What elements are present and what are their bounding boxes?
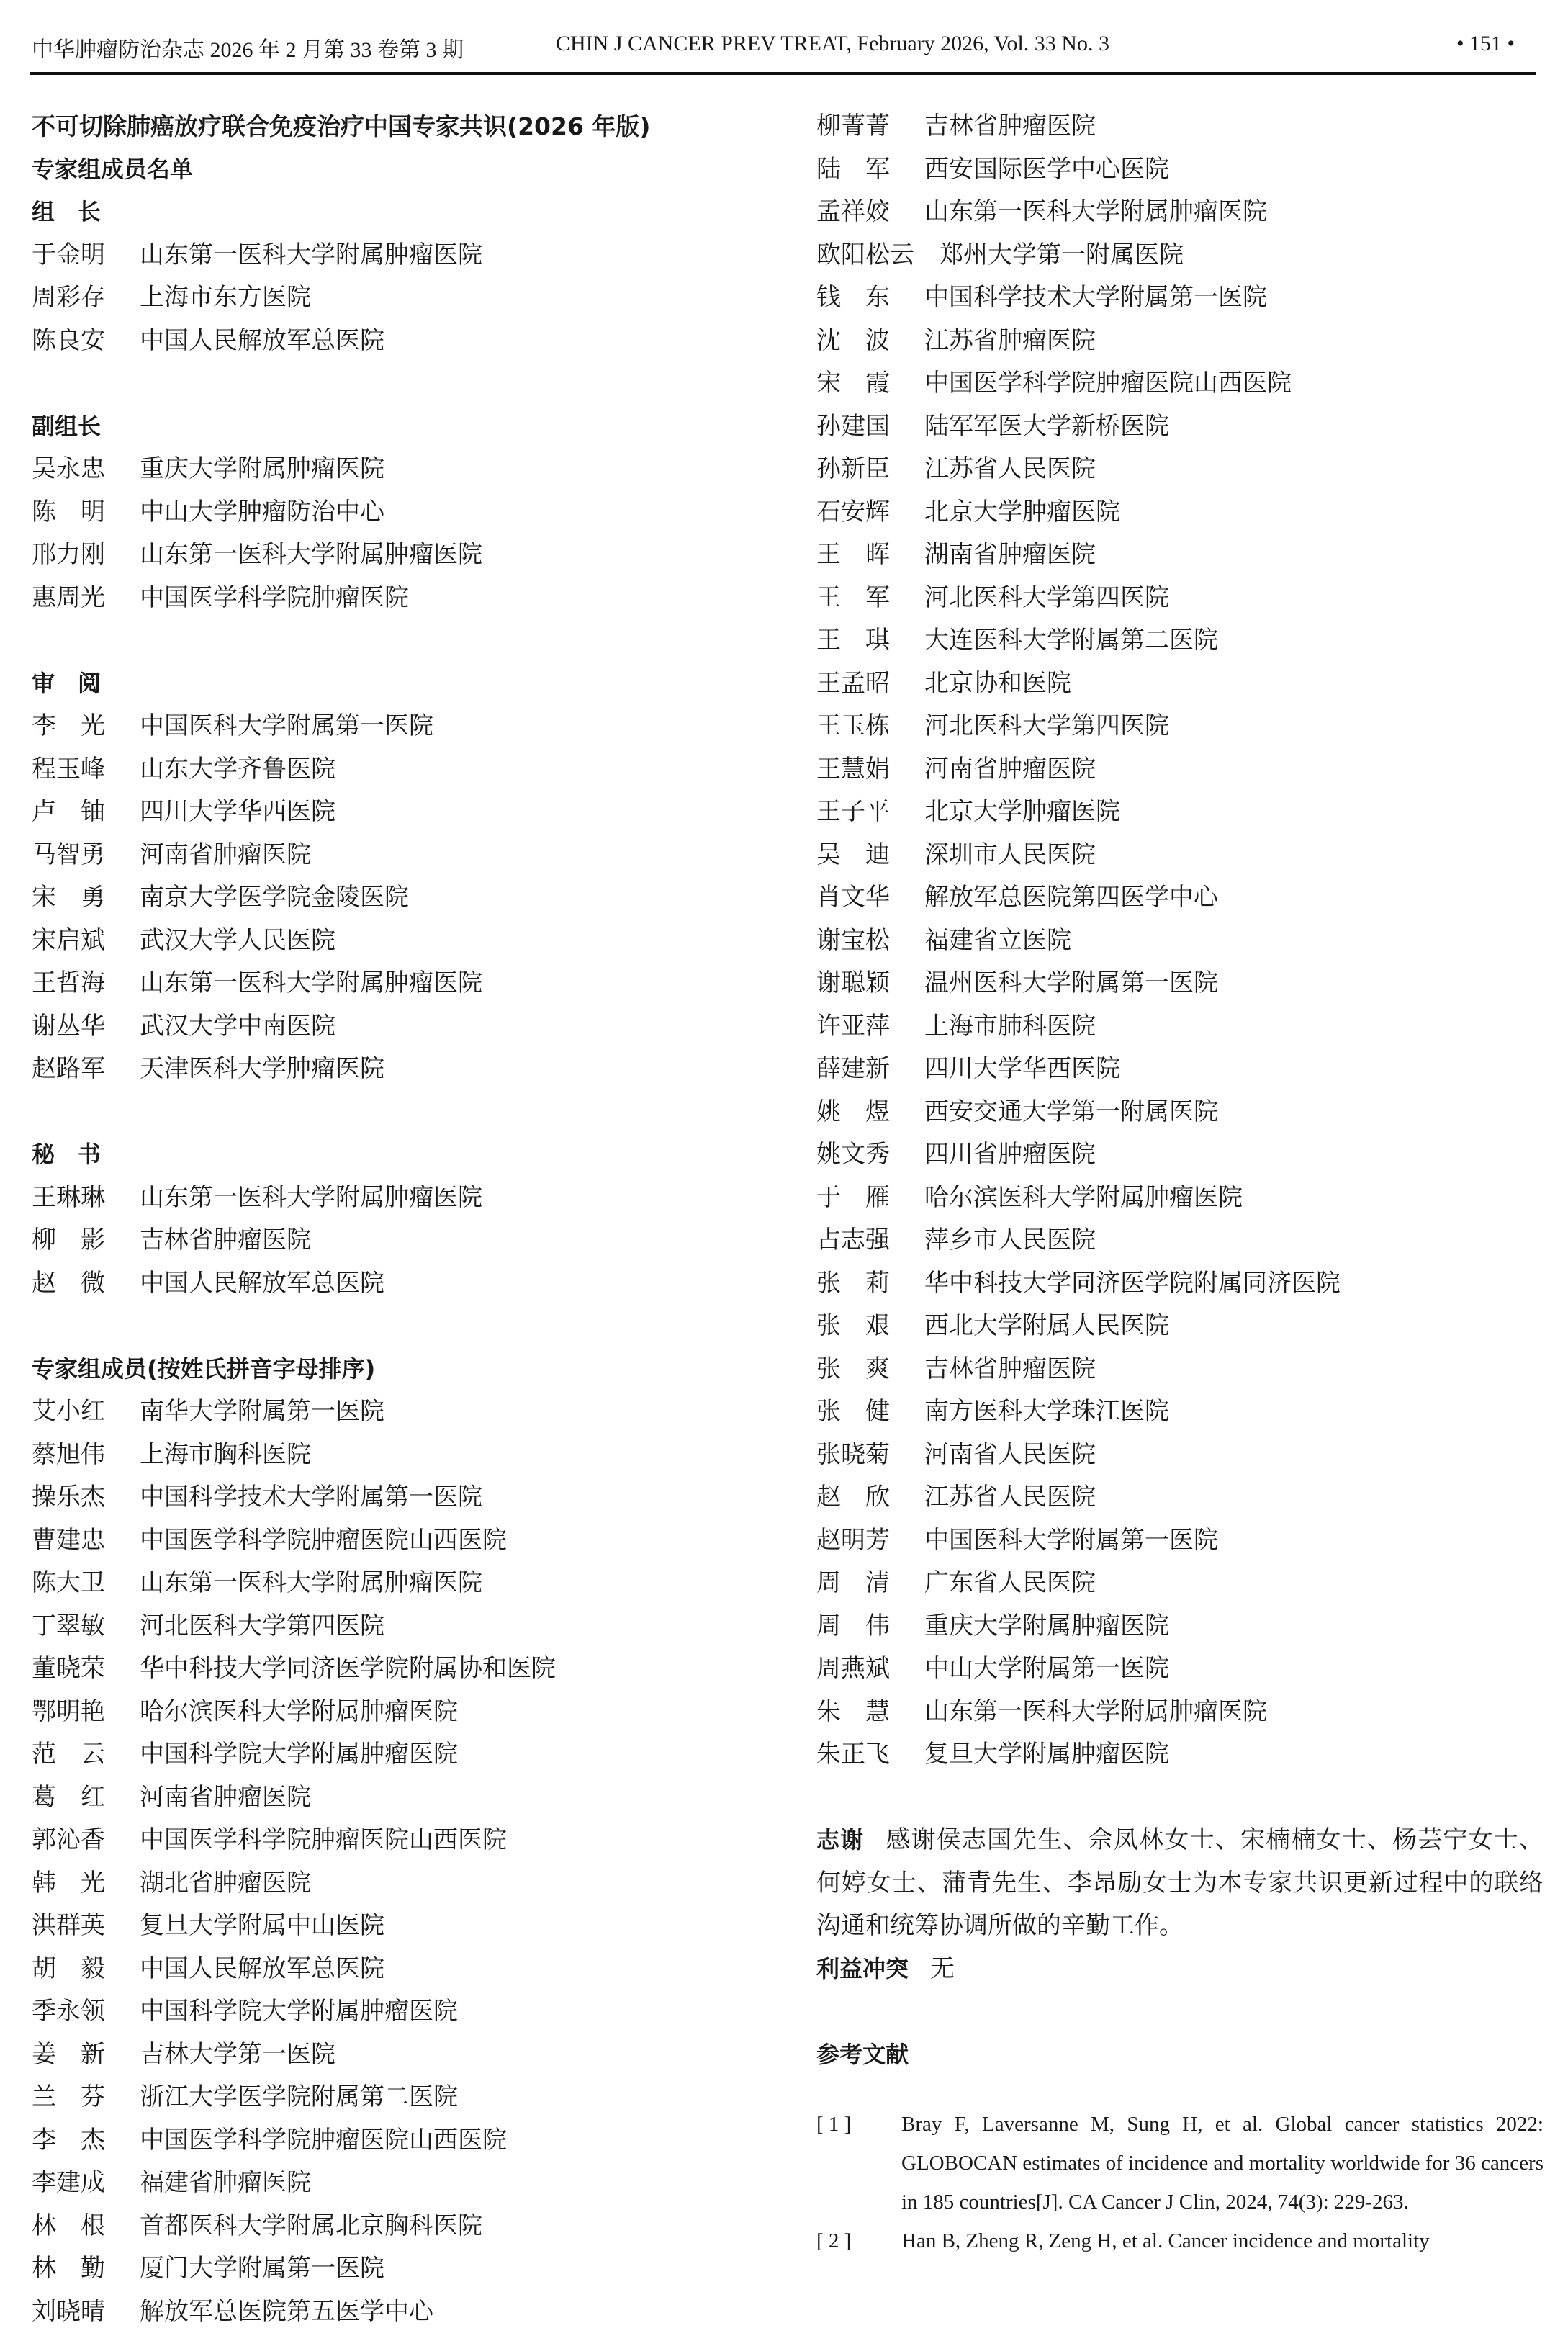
member-institution: 湖北省肿瘤医院 — [140, 1862, 311, 1905]
member-name: 艾小红 — [32, 1390, 140, 1434]
member-institution: 天津医科大学肿瘤医院 — [140, 1048, 384, 1091]
member-name: 许亚萍 — [816, 1005, 924, 1048]
member-institution: 武汉大学中南医院 — [140, 1005, 335, 1048]
member-name: 石安辉 — [816, 491, 924, 534]
member-row: 郭沁香中国医学科学院肿瘤医院山西医院 — [32, 1819, 759, 1862]
member-institution: 重庆大学附属肿瘤医院 — [924, 1605, 1169, 1648]
member-name: 谢宝松 — [816, 920, 924, 963]
acknowledgement: 志谢感谢侯志国先生、佘凤林女士、宋楠楠女士、杨芸宁女士、何婷女士、蒲青先生、李昂… — [816, 1819, 1544, 1948]
member-row: 占志强萍乡市人民医院 — [816, 1219, 1544, 1262]
member-row: 王玉栋河北医科大学第四医院 — [816, 705, 1544, 748]
member-name: 赵 欣 — [816, 1476, 924, 1519]
member-row: 朱 慧山东第一医科大学附属肿瘤医院 — [816, 1691, 1544, 1734]
member-row: 范 云中国科学院大学附属肿瘤医院 — [32, 1733, 759, 1776]
member-name: 张 艰 — [816, 1305, 924, 1348]
member-row: 张 爽吉林省肿瘤医院 — [816, 1348, 1544, 1391]
leaders-list: 于金明山东第一医科大学附属肿瘤医院周彩存上海市东方医院陈良安中国人民解放军总医院 — [32, 234, 759, 363]
member-institution: 华中科技大学同济医学院附属协和医院 — [140, 1648, 556, 1691]
member-name: 沈 波 — [816, 320, 924, 363]
member-name: 姚文秀 — [816, 1133, 924, 1177]
member-row: 惠周光中国医学科学院肿瘤医院 — [32, 577, 759, 620]
member-name: 于 雁 — [816, 1177, 924, 1220]
member-row: 欧阳松云郑州大学第一附属医院 — [816, 234, 1544, 277]
member-row: 邢力刚山东第一医科大学附属肿瘤医院 — [32, 534, 759, 577]
member-name: 朱 慧 — [816, 1691, 924, 1734]
member-name: 王琳琳 — [32, 1177, 140, 1220]
member-row: 谢聪颖温州医科大学附属第一医院 — [816, 962, 1544, 1005]
member-name: 孙建国 — [816, 405, 924, 449]
journal-title-cn: 中华肿瘤防治杂志 2026 年 2 月第 33 卷第 3 期 — [32, 32, 464, 63]
member-row: 宋 霞中国医学科学院肿瘤医院山西医院 — [816, 362, 1544, 405]
member-name: 王子平 — [816, 791, 924, 834]
member-institution: 山东大学齐鲁医院 — [140, 748, 335, 791]
section-heading-experts: 专家组成员(按姓氏拼音字母排序) — [32, 1348, 759, 1391]
member-name: 张晓菊 — [816, 1434, 924, 1477]
member-row: 谢丛华武汉大学中南医院 — [32, 1005, 759, 1048]
member-name: 谢丛华 — [32, 1005, 140, 1048]
member-name: 赵 微 — [32, 1262, 140, 1306]
member-name: 宋启斌 — [32, 920, 140, 963]
member-name: 陈大卫 — [32, 1562, 140, 1605]
member-institution: 深圳市人民医院 — [924, 834, 1096, 877]
member-row: 沈 波江苏省肿瘤医院 — [816, 320, 1544, 363]
member-institution: 吉林省肿瘤医院 — [924, 1348, 1096, 1391]
spacer — [32, 1305, 759, 1348]
member-name: 吴 迪 — [816, 834, 924, 877]
member-institution: 四川大学华西医院 — [924, 1048, 1120, 1091]
member-row: 王 晖湖南省肿瘤医院 — [816, 534, 1544, 577]
acknowledgement-label: 志谢 — [816, 1826, 864, 1854]
member-row: 姜 新吉林大学第一医院 — [32, 2034, 759, 2077]
member-institution: 武汉大学人民医院 — [140, 920, 335, 963]
member-institution: 山东第一医科大学附属肿瘤医院 — [140, 1177, 482, 1220]
member-institution: 萍乡市人民医院 — [924, 1219, 1096, 1262]
member-row: 孙新臣江苏省人民医院 — [816, 448, 1544, 491]
member-name: 柳菁菁 — [816, 105, 924, 148]
member-institution: 中国科学院大学附属肿瘤医院 — [140, 1990, 458, 2034]
member-row: 姚 煜西安交通大学第一附属医院 — [816, 1091, 1544, 1134]
reference-number: [ 1 ] — [816, 2105, 901, 2221]
member-row: 姚文秀四川省肿瘤医院 — [816, 1133, 1544, 1177]
member-institution: 广东省人民医院 — [924, 1562, 1096, 1605]
section-heading-leaders: 组 长 — [32, 191, 759, 234]
member-institution: 中国医科大学附属第一医院 — [140, 705, 433, 748]
member-row: 孟祥姣山东第一医科大学附属肿瘤医院 — [816, 191, 1544, 234]
member-name: 董晓荣 — [32, 1648, 140, 1691]
member-institution: 山东第一医科大学附属肿瘤医院 — [924, 191, 1267, 234]
member-name: 马智勇 — [32, 834, 140, 877]
member-name: 林 勤 — [32, 2247, 140, 2291]
member-institution: 重庆大学附属肿瘤医院 — [140, 448, 384, 491]
experts-list-left: 艾小红南华大学附属第一医院蔡旭伟上海市胸科医院操乐杰中国科学技术大学附属第一医院… — [32, 1390, 759, 2333]
member-institution: 解放军总医院第五医学中心 — [140, 2291, 433, 2334]
member-row: 王哲海山东第一医科大学附属肿瘤医院 — [32, 962, 759, 1005]
member-name: 陈 明 — [32, 491, 140, 534]
member-institution: 吉林大学第一医院 — [140, 2034, 335, 2077]
member-name: 于金明 — [32, 234, 140, 277]
member-row: 张 艰西北大学附属人民医院 — [816, 1305, 1544, 1348]
member-row: 王 军河北医科大学第四医院 — [816, 577, 1544, 620]
member-institution: 中国科学技术大学附属第一医院 — [924, 277, 1267, 320]
conflict-of-interest: 利益冲突无 — [816, 1948, 1544, 1991]
member-institution: 四川省肿瘤医院 — [924, 1133, 1096, 1177]
member-row: 林 根首都医科大学附属北京胸科医院 — [32, 2205, 759, 2248]
member-name: 操乐杰 — [32, 1476, 140, 1519]
member-name: 周 伟 — [816, 1605, 924, 1648]
member-name: 周 清 — [816, 1562, 924, 1605]
member-row: 周彩存上海市东方医院 — [32, 277, 759, 320]
member-name: 宋 勇 — [32, 876, 140, 920]
member-institution: 山东第一医科大学附属肿瘤医院 — [924, 1691, 1267, 1734]
member-row: 王孟昭北京协和医院 — [816, 662, 1544, 706]
header-rule — [30, 72, 1536, 75]
member-name: 占志强 — [816, 1219, 924, 1262]
member-row: 陆 军西安国际医学中心医院 — [816, 148, 1544, 192]
member-row: 朱正飞复旦大学附属肿瘤医院 — [816, 1733, 1544, 1776]
member-name: 孟祥姣 — [816, 191, 924, 234]
member-institution: 中国科学院大学附属肿瘤医院 — [140, 1733, 458, 1776]
member-row: 洪群英复旦大学附属中山医院 — [32, 1905, 759, 1948]
member-row: 石安辉北京大学肿瘤医院 — [816, 491, 1544, 534]
acknowledgement-text: 感谢侯志国先生、佘凤林女士、宋楠楠女士、杨芸宁女士、何婷女士、蒲青先生、李昂励女… — [816, 1825, 1544, 1940]
member-row: 张 健南方医科大学珠江医院 — [816, 1390, 1544, 1434]
member-institution: 北京大学肿瘤医院 — [924, 791, 1120, 834]
member-name: 谢聪颖 — [816, 962, 924, 1005]
member-row: 宋 勇南京大学医学院金陵医院 — [32, 876, 759, 920]
experts-list-right: 柳菁菁吉林省肿瘤医院陆 军西安国际医学中心医院孟祥姣山东第一医科大学附属肿瘤医院… — [816, 105, 1544, 1776]
spacer — [32, 362, 759, 405]
member-institution: 中国人民解放军总医院 — [140, 1948, 384, 1991]
member-row: 赵 微中国人民解放军总医院 — [32, 1262, 759, 1306]
member-institution: 西北大学附属人民医院 — [924, 1305, 1169, 1348]
member-name: 吴永忠 — [32, 448, 140, 491]
member-name: 曹建忠 — [32, 1519, 140, 1563]
member-institution: 西安国际医学中心医院 — [924, 148, 1169, 192]
member-institution: 山东第一医科大学附属肿瘤医院 — [140, 1562, 482, 1605]
member-institution: 四川大学华西医院 — [140, 791, 335, 834]
member-name: 李 光 — [32, 705, 140, 748]
member-institution: 湖南省肿瘤医院 — [924, 534, 1096, 577]
conflict-label: 利益冲突 — [816, 1955, 909, 1982]
spacer — [32, 619, 759, 662]
member-institution: 中国科学技术大学附属第一医院 — [140, 1476, 482, 1519]
page-number: • 151 • — [1456, 32, 1515, 56]
member-institution: 中国医学科学院肿瘤医院山西医院 — [140, 1819, 507, 1862]
member-name: 惠周光 — [32, 577, 140, 620]
document-title: 不可切除肺癌放疗联合免疫治疗中国专家共识(2026 年版) — [32, 105, 759, 148]
member-name: 王哲海 — [32, 962, 140, 1005]
member-institution: 温州医科大学附属第一医院 — [924, 962, 1218, 1005]
member-row: 李 杰中国医学科学院肿瘤医院山西医院 — [32, 2119, 759, 2162]
member-row: 许亚萍上海市肺科医院 — [816, 1005, 1544, 1048]
member-institution: 江苏省肿瘤医院 — [924, 320, 1096, 363]
member-institution: 上海市肺科医院 — [924, 1005, 1096, 1048]
member-name: 葛 红 — [32, 1776, 140, 1820]
member-institution: 中国医学科学院肿瘤医院 — [140, 577, 409, 620]
member-row: 胡 毅中国人民解放军总医院 — [32, 1948, 759, 1991]
reference-text: Han B, Zheng R, Zeng H, et al. Cancer in… — [901, 2221, 1544, 2260]
member-institution: 江苏省人民医院 — [924, 1476, 1096, 1519]
member-name: 王玉栋 — [816, 705, 924, 748]
member-institution: 山东第一医科大学附属肿瘤医院 — [140, 234, 482, 277]
member-row: 陈 明中山大学肿瘤防治中心 — [32, 491, 759, 534]
member-institution: 吉林省肿瘤医院 — [140, 1219, 311, 1262]
spacer — [816, 2076, 1544, 2105]
member-row: 董晓荣华中科技大学同济医学院附属协和医院 — [32, 1648, 759, 1691]
member-row: 艾小红南华大学附属第一医院 — [32, 1390, 759, 1434]
member-name: 程玉峰 — [32, 748, 140, 791]
member-row: 马智勇河南省肿瘤医院 — [32, 834, 759, 877]
reference-item: [ 2 ]Han B, Zheng R, Zeng H, et al. Canc… — [816, 2221, 1544, 2260]
member-institution: 郑州大学第一附属医院 — [939, 234, 1184, 277]
member-row: 周 清广东省人民医院 — [816, 1562, 1544, 1605]
member-institution: 河北医科大学第四医院 — [924, 577, 1169, 620]
member-name: 刘晓晴 — [32, 2291, 140, 2334]
reference-text: Bray F, Laversanne M, Sung H, et al. Glo… — [901, 2105, 1544, 2221]
member-name: 姜 新 — [32, 2034, 140, 2077]
member-name: 钱 东 — [816, 277, 924, 320]
member-row: 宋启斌武汉大学人民医院 — [32, 920, 759, 963]
member-row: 赵 欣江苏省人民医院 — [816, 1476, 1544, 1519]
spacer — [816, 1776, 1544, 1820]
member-row: 张 莉华中科技大学同济医学院附属同济医院 — [816, 1262, 1544, 1306]
member-name: 李 杰 — [32, 2119, 140, 2162]
member-row: 薛建新四川大学华西医院 — [816, 1048, 1544, 1091]
member-institution: 中国医学科学院肿瘤医院山西医院 — [924, 362, 1292, 405]
member-row: 柳菁菁吉林省肿瘤医院 — [816, 105, 1544, 148]
member-row: 曹建忠中国医学科学院肿瘤医院山西医院 — [32, 1519, 759, 1563]
member-name: 周燕斌 — [816, 1648, 924, 1691]
member-name: 肖文华 — [816, 876, 924, 920]
member-name: 丁翠敏 — [32, 1605, 140, 1648]
member-institution: 上海市东方医院 — [140, 277, 311, 320]
member-institution: 河南省肿瘤医院 — [140, 834, 311, 877]
member-name: 鄂明艳 — [32, 1691, 140, 1734]
member-institution: 华中科技大学同济医学院附属同济医院 — [924, 1262, 1341, 1306]
section-heading-reviewers: 审 阅 — [32, 662, 759, 706]
member-institution: 哈尔滨医科大学附属肿瘤医院 — [924, 1177, 1243, 1220]
member-institution: 大连医科大学附属第二医院 — [924, 619, 1218, 662]
member-institution: 中国人民解放军总医院 — [140, 320, 384, 363]
member-name: 蔡旭伟 — [32, 1434, 140, 1477]
member-institution: 河北医科大学第四医院 — [924, 705, 1169, 748]
reviewers-list: 李 光中国医科大学附属第一医院程玉峰山东大学齐鲁医院卢 铀四川大学华西医院马智勇… — [32, 705, 759, 1091]
member-institution: 上海市胸科医院 — [140, 1434, 311, 1477]
member-institution: 福建省肿瘤医院 — [140, 2162, 311, 2205]
member-row: 肖文华解放军总医院第四医学中心 — [816, 876, 1544, 920]
member-name: 林 根 — [32, 2205, 140, 2248]
member-name: 宋 霞 — [816, 362, 924, 405]
member-row: 吴永忠重庆大学附属肿瘤医院 — [32, 448, 759, 491]
member-row: 兰 芬浙江大学医学院附属第二医院 — [32, 2076, 759, 2119]
member-name: 柳 影 — [32, 1219, 140, 1262]
member-institution: 厦门大学附属第一医院 — [140, 2247, 384, 2291]
member-name: 王 军 — [816, 577, 924, 620]
member-row: 钱 东中国科学技术大学附属第一医院 — [816, 277, 1544, 320]
member-institution: 复旦大学附属中山医院 — [140, 1905, 384, 1948]
member-name: 陈良安 — [32, 320, 140, 363]
member-row: 吴 迪深圳市人民医院 — [816, 834, 1544, 877]
member-row: 卢 铀四川大学华西医院 — [32, 791, 759, 834]
member-institution: 南方医科大学珠江医院 — [924, 1390, 1169, 1434]
member-name: 郭沁香 — [32, 1819, 140, 1862]
member-institution: 首都医科大学附属北京胸科医院 — [140, 2205, 482, 2248]
journal-title-en: CHIN J CANCER PREV TREAT, February 2026,… — [556, 32, 1109, 56]
member-row: 李 光中国医科大学附属第一医院 — [32, 705, 759, 748]
member-row: 周燕斌中山大学附属第一医院 — [816, 1648, 1544, 1691]
member-row: 操乐杰中国科学技术大学附属第一医院 — [32, 1476, 759, 1519]
member-name: 洪群英 — [32, 1905, 140, 1948]
member-name: 胡 毅 — [32, 1948, 140, 1991]
right-column: 柳菁菁吉林省肿瘤医院陆 军西安国际医学中心医院孟祥姣山东第一医科大学附属肿瘤医院… — [816, 105, 1544, 2260]
member-row: 王 琪大连医科大学附属第二医院 — [816, 619, 1544, 662]
member-institution: 解放军总医院第四医学中心 — [924, 876, 1218, 920]
member-name: 陆 军 — [816, 148, 924, 192]
member-institution: 江苏省人民医院 — [924, 448, 1096, 491]
member-name: 王 晖 — [816, 534, 924, 577]
member-institution: 哈尔滨医科大学附属肿瘤医院 — [140, 1691, 458, 1734]
member-name: 张 莉 — [816, 1262, 924, 1306]
member-name: 卢 铀 — [32, 791, 140, 834]
member-name: 姚 煜 — [816, 1091, 924, 1134]
member-name: 王慧娟 — [816, 748, 924, 791]
member-row: 张晓菊河南省人民医院 — [816, 1434, 1544, 1477]
member-row: 鄂明艳哈尔滨医科大学附属肿瘤医院 — [32, 1691, 759, 1734]
member-institution: 中国医学科学院肿瘤医院山西医院 — [140, 2119, 507, 2162]
member-institution: 山东第一医科大学附属肿瘤医院 — [140, 962, 482, 1005]
member-institution: 陆军军医大学新桥医院 — [924, 405, 1169, 449]
member-row: 赵明芳中国医科大学附属第一医院 — [816, 1519, 1544, 1563]
member-row: 陈良安中国人民解放军总医院 — [32, 320, 759, 363]
reference-number: [ 2 ] — [816, 2221, 901, 2260]
member-name: 薛建新 — [816, 1048, 924, 1091]
member-name: 周彩存 — [32, 277, 140, 320]
member-row: 谢宝松福建省立医院 — [816, 920, 1544, 963]
reference-item: [ 1 ]Bray F, Laversanne M, Sung H, et al… — [816, 2105, 1544, 2221]
member-row: 王慧娟河南省肿瘤医院 — [816, 748, 1544, 791]
references-heading: 参考文献 — [816, 2034, 1544, 2077]
member-institution: 河南省人民医院 — [924, 1434, 1096, 1477]
member-name: 李建成 — [32, 2162, 140, 2205]
member-institution: 中国人民解放军总医院 — [140, 1262, 384, 1306]
reference-list: [ 1 ]Bray F, Laversanne M, Sung H, et al… — [816, 2105, 1544, 2260]
member-row: 周 伟重庆大学附属肿瘤医院 — [816, 1605, 1544, 1648]
member-name: 张 健 — [816, 1390, 924, 1434]
member-institution: 复旦大学附属肿瘤医院 — [924, 1733, 1169, 1776]
member-institution: 南华大学附属第一医院 — [140, 1390, 384, 1434]
secretaries-list: 王琳琳山东第一医科大学附属肿瘤医院柳 影吉林省肿瘤医院赵 微中国人民解放军总医院 — [32, 1177, 759, 1306]
member-institution: 吉林省肿瘤医院 — [924, 105, 1096, 148]
list-title: 专家组成员名单 — [32, 148, 759, 192]
member-row: 林 勤厦门大学附属第一医院 — [32, 2247, 759, 2291]
member-row: 韩 光湖北省肿瘤医院 — [32, 1862, 759, 1905]
member-institution: 西安交通大学第一附属医院 — [924, 1091, 1218, 1134]
member-institution: 中国医学科学院肿瘤医院山西医院 — [140, 1519, 507, 1563]
member-institution: 中山大学附属第一医院 — [924, 1648, 1169, 1691]
member-institution: 河南省肿瘤医院 — [924, 748, 1096, 791]
member-name: 范 云 — [32, 1733, 140, 1776]
spacer — [32, 1091, 759, 1134]
member-row: 于金明山东第一医科大学附属肿瘤医院 — [32, 234, 759, 277]
member-institution: 山东第一医科大学附属肿瘤医院 — [140, 534, 482, 577]
conflict-text: 无 — [930, 1954, 955, 1983]
member-row: 柳 影吉林省肿瘤医院 — [32, 1219, 759, 1262]
member-institution: 中国医科大学附属第一医院 — [924, 1519, 1218, 1563]
member-name: 孙新臣 — [816, 448, 924, 491]
member-institution: 北京协和医院 — [924, 662, 1071, 706]
member-row: 蔡旭伟上海市胸科医院 — [32, 1434, 759, 1477]
member-institution: 北京大学肿瘤医院 — [924, 491, 1120, 534]
member-row: 葛 红河南省肿瘤医院 — [32, 1776, 759, 1820]
member-row: 程玉峰山东大学齐鲁医院 — [32, 748, 759, 791]
member-name: 邢力刚 — [32, 534, 140, 577]
member-name: 兰 芬 — [32, 2076, 140, 2119]
member-institution: 中山大学肿瘤防治中心 — [140, 491, 384, 534]
member-name: 季永领 — [32, 1990, 140, 2034]
member-row: 孙建国陆军军医大学新桥医院 — [816, 405, 1544, 449]
section-heading-deputy: 副组长 — [32, 405, 759, 449]
member-row: 丁翠敏河北医科大学第四医院 — [32, 1605, 759, 1648]
member-row: 王琳琳山东第一医科大学附属肿瘤医院 — [32, 1177, 759, 1220]
member-institution: 浙江大学医学院附属第二医院 — [140, 2076, 458, 2119]
member-name: 韩 光 — [32, 1862, 140, 1905]
member-row: 赵路军天津医科大学肿瘤医院 — [32, 1048, 759, 1091]
member-row: 陈大卫山东第一医科大学附属肿瘤医院 — [32, 1562, 759, 1605]
member-institution: 福建省立医院 — [924, 920, 1071, 963]
member-name: 赵路军 — [32, 1048, 140, 1091]
member-institution: 南京大学医学院金陵医院 — [140, 876, 409, 920]
member-name: 朱正飞 — [816, 1733, 924, 1776]
member-row: 季永领中国科学院大学附属肿瘤医院 — [32, 1990, 759, 2034]
member-row: 李建成福建省肿瘤医院 — [32, 2162, 759, 2205]
member-name: 王孟昭 — [816, 662, 924, 706]
member-row: 于 雁哈尔滨医科大学附属肿瘤医院 — [816, 1177, 1544, 1220]
member-institution: 河南省肿瘤医院 — [140, 1776, 311, 1820]
member-row: 刘晓晴解放军总医院第五医学中心 — [32, 2291, 759, 2334]
member-row: 王子平北京大学肿瘤医院 — [816, 791, 1544, 834]
member-name: 欧阳松云 — [816, 234, 939, 277]
left-column: 不可切除肺癌放疗联合免疫治疗中国专家共识(2026 年版) 专家组成员名单 组 … — [32, 105, 759, 2333]
section-heading-secretaries: 秘 书 — [32, 1133, 759, 1177]
running-header: 中华肿瘤防治杂志 2026 年 2 月第 33 卷第 3 期 CHIN J CA… — [32, 29, 1536, 63]
member-name: 赵明芳 — [816, 1519, 924, 1563]
deputy-list: 吴永忠重庆大学附属肿瘤医院陈 明中山大学肿瘤防治中心邢力刚山东第一医科大学附属肿… — [32, 448, 759, 619]
member-institution: 河北医科大学第四医院 — [140, 1605, 384, 1648]
member-name: 王 琪 — [816, 619, 924, 662]
member-name: 张 爽 — [816, 1348, 924, 1391]
